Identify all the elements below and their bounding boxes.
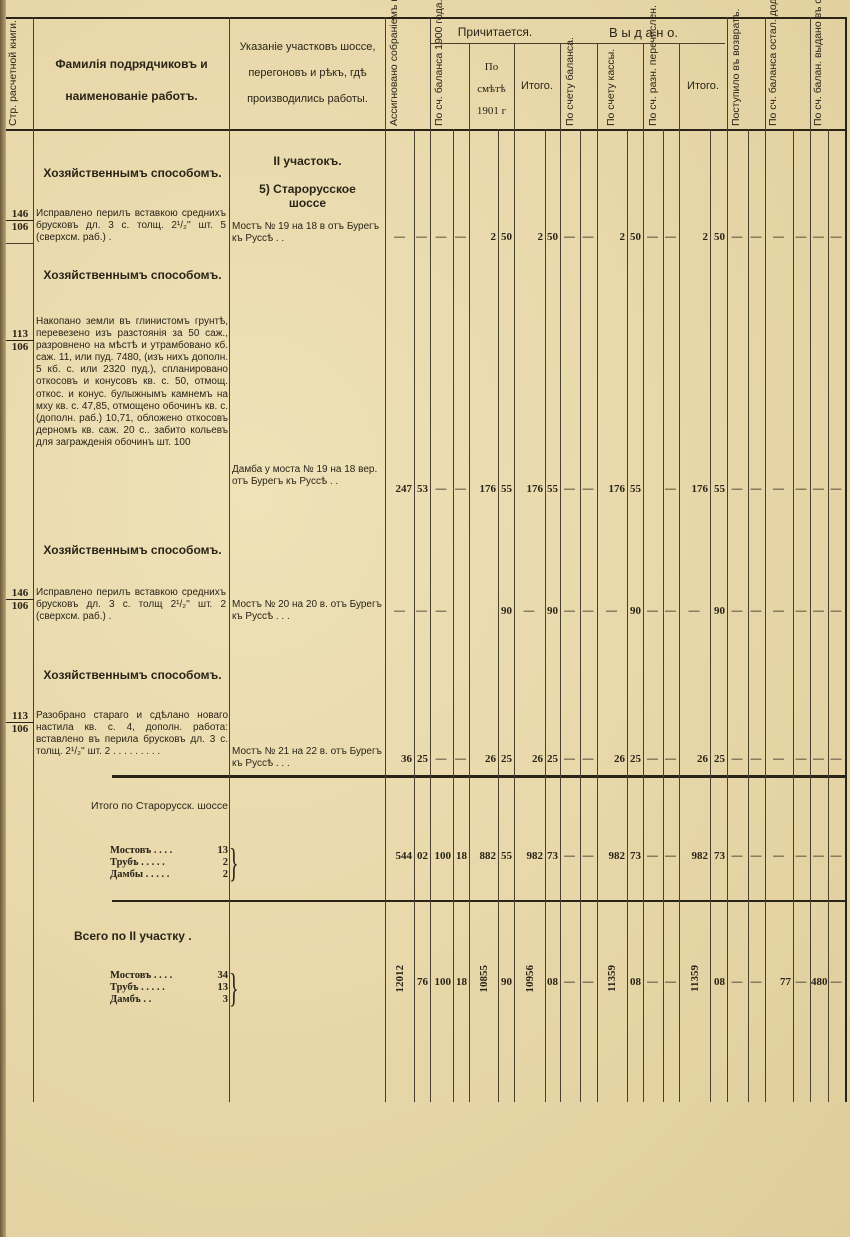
cell-returned: — xyxy=(728,753,746,765)
count-row: Дамбъ . .3 xyxy=(110,994,228,1006)
cell-remaining: — xyxy=(766,753,791,765)
cell-issued-1902-k: — xyxy=(829,850,843,862)
cell-due-balance: — xyxy=(431,753,451,765)
cell-issued-total-k: 55 xyxy=(711,483,725,495)
header-contractors: Фамилія подрядчиковъ и наименованіе рабо… xyxy=(34,48,229,112)
cell-assigned: 36 xyxy=(387,753,412,765)
col-rule xyxy=(469,43,470,1102)
cell-due-total: 10956 xyxy=(524,965,536,993)
cell-issued-1902-k: — xyxy=(829,605,843,617)
cell-issued-cash: — xyxy=(598,605,625,617)
cell-issued-misc: — xyxy=(644,976,661,988)
subtotal-label: Итого по Старорусск. шоссе xyxy=(36,800,228,813)
cell-issued-balance: — xyxy=(561,850,578,862)
header-balance-remaining: По сч. баланса остал. додать въ 1902 год… xyxy=(768,22,808,126)
cell-issued-misc: — xyxy=(644,605,661,617)
cell-due-total: — xyxy=(515,605,543,617)
count-label: Мостовъ . . . . xyxy=(110,970,172,982)
count-label: Трубъ . . . . . xyxy=(110,857,165,869)
total-rule xyxy=(112,900,845,902)
ledger-page: Стр. расчетной книги. Фамилія подрядчико… xyxy=(0,0,850,1237)
header-due-estimate-l3: 1901 г xyxy=(469,100,514,122)
page-ref-den: 106 xyxy=(6,220,34,233)
page-ref-num: 113 xyxy=(12,710,28,722)
cell-assigned: 12012 xyxy=(394,965,406,993)
cell-issued-misc: — xyxy=(644,753,661,765)
header-assigned: Ассигновано собраніемъ по смѣтѣ 1901 г. xyxy=(389,22,429,126)
road-title: 5) Старорусское шоссе xyxy=(240,182,375,210)
cell-issued-misc-k: — xyxy=(664,753,677,765)
pageref-rule xyxy=(6,243,34,244)
cell-assigned-k: 02 xyxy=(415,850,428,862)
cell-issued-cash-k: 25 xyxy=(628,753,641,765)
page-ref-den: 106 xyxy=(6,599,34,612)
cell-issued-cash-k: 50 xyxy=(628,231,641,243)
count-label: Дамбъ . . xyxy=(110,994,151,1006)
cell-issued-balance-k: — xyxy=(581,605,595,617)
cell-issued-balance: — xyxy=(561,483,578,495)
cell-issued-balance: — xyxy=(561,231,578,243)
header-contractors-l2: наименованіе работъ. xyxy=(34,80,229,112)
brace-icon: } xyxy=(229,968,239,1008)
cell-due-balance-k: — xyxy=(454,753,467,765)
cell-returned: — xyxy=(728,231,746,243)
cell-issued-total: 26 xyxy=(680,753,708,765)
entry-location: Мостъ № 19 на 18 в отъ Бурегъ къ Руссѣ .… xyxy=(232,221,382,245)
cell-due-total-k: 55 xyxy=(546,483,558,495)
cell-assigned-k: 25 xyxy=(415,753,428,765)
cell-returned: — xyxy=(728,483,746,495)
cell-issued-total: — xyxy=(680,605,708,617)
cell-due-balance-k: — xyxy=(454,483,467,495)
cell-issued-1902-k: — xyxy=(829,976,843,988)
cell-due-balance: — xyxy=(431,231,451,243)
brace-icon: } xyxy=(229,843,239,883)
subtotal-rule xyxy=(112,775,845,778)
cell-issued-misc: — xyxy=(644,850,661,862)
entry-location: Мостъ № 20 на 20 в. отъ Бурегъ къ Руссѣ … xyxy=(232,599,382,623)
group-header-rule xyxy=(430,43,725,44)
cell-issued-misc: — xyxy=(644,231,661,243)
cell-issued-total: 176 xyxy=(680,483,708,495)
cell-returned-k: — xyxy=(749,850,763,862)
cell-due-estimate: 176 xyxy=(470,483,496,495)
cell-issued-cash-k: 08 xyxy=(628,976,641,988)
district-title: II участокъ. xyxy=(230,155,385,168)
header-due-balance: По сч. баланса 1900 года. xyxy=(434,46,468,126)
cell-due-estimate-k: 55 xyxy=(499,850,512,862)
cell-issued-1902: — xyxy=(811,753,826,765)
cell-due-total-k: 73 xyxy=(546,850,558,862)
header-contractors-l1: Фамилія подрядчиковъ и xyxy=(34,48,229,80)
col-rule xyxy=(643,43,644,1102)
cell-issued-1902-k: — xyxy=(829,753,843,765)
col-rule xyxy=(810,17,811,1102)
cell-remaining: — xyxy=(766,605,791,617)
cell-assigned: — xyxy=(387,605,412,617)
cell-issued-misc-k: — xyxy=(664,976,677,988)
count-value: 34 xyxy=(218,970,229,982)
header-group-issued: В ы д а н о. xyxy=(560,26,727,39)
header-page-ref: Стр. расчетной книги. xyxy=(8,22,32,126)
count-value: 2 xyxy=(223,869,228,881)
page-ref-num: 146 xyxy=(12,208,29,220)
total-label: Всего по II участку . xyxy=(74,930,234,943)
cell-remaining-k: — xyxy=(794,753,808,765)
header-group-due: Причитается. xyxy=(430,26,560,39)
entry-location: Мостъ № 21 на 22 в. отъ Бурегъ къ Руссѣ … xyxy=(232,746,382,770)
table-top-rule xyxy=(6,17,846,19)
cell-issued-total-k: 90 xyxy=(711,605,725,617)
entry-method: Хозяйственнымъ способомъ. xyxy=(40,268,225,282)
cell-issued-cash: 11359 xyxy=(606,965,618,992)
cell-remaining-k: — xyxy=(794,850,808,862)
cell-due-balance: — xyxy=(431,483,451,495)
header-locations: Указаніе участковъ шоссе, перегоновъ и р… xyxy=(230,34,385,112)
cell-issued-balance-k: — xyxy=(581,753,595,765)
count-row: Дамбы . . . . .2 xyxy=(110,869,228,881)
cell-returned-k: — xyxy=(749,605,763,617)
cell-issued-total-k: 08 xyxy=(711,976,725,988)
cell-issued-cash: 982 xyxy=(598,850,625,862)
cell-issued-balance: — xyxy=(561,976,578,988)
col-rule xyxy=(453,129,454,1102)
col-rule xyxy=(33,17,34,1102)
header-issued-cash: По счету кассы. xyxy=(606,50,636,126)
cell-due-estimate-k: 50 xyxy=(499,231,512,243)
cell-due-estimate: 882 xyxy=(470,850,496,862)
cell-remaining: — xyxy=(766,231,791,243)
cell-due-estimate: 2 xyxy=(470,231,496,243)
entry-work: Разобрано стараго и сдѣлано новаго насти… xyxy=(36,710,228,758)
cell-issued-total-k: 73 xyxy=(711,850,725,862)
count-value: 13 xyxy=(218,845,229,857)
cell-issued-1902: — xyxy=(811,850,826,862)
count-label: Дамбы . . . . . xyxy=(110,869,169,881)
entry-method: Хозяйственнымъ способомъ. xyxy=(40,668,225,682)
cell-issued-misc-k: — xyxy=(664,850,677,862)
cell-remaining-k: — xyxy=(794,976,808,988)
cell-remaining-k: — xyxy=(794,605,808,617)
col-rule xyxy=(385,17,386,1102)
cell-remaining-k: — xyxy=(794,231,808,243)
cell-due-estimate-k: 25 xyxy=(499,753,512,765)
cell-due-total: 2 xyxy=(515,231,543,243)
cell-returned-k: — xyxy=(749,231,763,243)
cell-due-estimate-k: 55 xyxy=(499,483,512,495)
cell-issued-balance-k: — xyxy=(581,850,595,862)
cell-due-estimate: 10855 xyxy=(478,965,490,993)
cell-due-balance-k: 18 xyxy=(454,976,467,988)
cell-due-balance: 100 xyxy=(431,850,451,862)
count-row: Трубъ . . . . .13 xyxy=(110,982,228,994)
cell-due-balance: 100 xyxy=(431,976,451,988)
cell-issued-1902-k: — xyxy=(829,483,843,495)
cell-due-total: 982 xyxy=(515,850,543,862)
cell-issued-total: 11359 xyxy=(689,965,701,992)
cell-due-total-k: 90 xyxy=(546,605,558,617)
cell-issued-1902: — xyxy=(811,231,826,243)
subtotal-counts: Мостовъ . . . .13 Трубъ . . . . .2 Дамбы… xyxy=(110,845,228,881)
count-value: 3 xyxy=(223,994,228,1006)
header-balance-issued-1902: По сч. балан. выдано въ сч. 1902 г. xyxy=(813,22,843,126)
header-issued-misc: По сч. разн. перечислен. xyxy=(648,48,676,126)
col-rule xyxy=(679,43,680,1102)
count-row: Мостовъ . . . .13 xyxy=(110,845,228,857)
col-rule xyxy=(765,17,766,1102)
cell-remaining: — xyxy=(766,850,791,862)
cell-issued-1902: — xyxy=(811,605,826,617)
cell-due-estimate: 26 xyxy=(470,753,496,765)
cell-due-balance-k: — xyxy=(454,231,467,243)
cell-issued-misc-k: — xyxy=(664,605,677,617)
cell-due-estimate-k: 90 xyxy=(499,605,512,617)
cell-issued-cash: 26 xyxy=(598,753,625,765)
cell-returned: — xyxy=(728,850,746,862)
cell-returned-k: — xyxy=(749,753,763,765)
page-ref-den: 106 xyxy=(6,722,34,735)
cell-issued-cash-k: 55 xyxy=(628,483,641,495)
page-ref-num: 146 xyxy=(12,587,29,599)
cell-returned-k: — xyxy=(749,976,763,988)
header-locations-l1: Указаніе участковъ шоссе, xyxy=(230,34,385,60)
entry-method: Хозяйственнымъ способомъ. xyxy=(40,166,225,180)
count-label: Трубъ . . . . . xyxy=(110,982,165,994)
cell-issued-1902-k: — xyxy=(829,231,843,243)
cell-due-total-k: 25 xyxy=(546,753,558,765)
cell-issued-misc-k: — xyxy=(664,231,677,243)
entry-work: Накопано земли въ глинистомъ грунтѣ, пер… xyxy=(36,316,228,449)
cell-issued-cash-k: 73 xyxy=(628,850,641,862)
col-rule xyxy=(727,17,728,1102)
entry-method: Хозяйственнымъ способомъ. xyxy=(40,543,225,557)
cell-issued-total-k: 50 xyxy=(711,231,725,243)
entry-location: Дамба у моста № 19 на 18 вер. отъ Бурегъ… xyxy=(232,464,382,488)
page-ref-den: 106 xyxy=(6,340,34,353)
cell-issued-total: 982 xyxy=(680,850,708,862)
header-due-estimate: По смѣтѣ 1901 г xyxy=(469,56,514,122)
cell-due-total: 176 xyxy=(515,483,543,495)
header-bottom-rule xyxy=(6,129,846,131)
cell-returned: — xyxy=(728,605,746,617)
cell-remaining: 77 xyxy=(766,976,791,988)
entry-work: Исправлено перилъ вставкою среднихъ брус… xyxy=(36,208,226,244)
cell-returned: — xyxy=(728,976,746,988)
cell-issued-balance: — xyxy=(561,605,578,617)
cell-due-total-k: 50 xyxy=(546,231,558,243)
cell-issued-cash: 176 xyxy=(598,483,625,495)
col-rule xyxy=(430,17,431,1102)
cell-issued-balance-k: — xyxy=(581,976,595,988)
cell-assigned-k: 53 xyxy=(415,483,428,495)
count-label: Мостовъ . . . . xyxy=(110,845,172,857)
cell-due-total-k: 08 xyxy=(546,976,558,988)
col-rule xyxy=(597,43,598,1102)
count-row: Трубъ . . . . .2 xyxy=(110,857,228,869)
header-locations-l3: производились работы. xyxy=(230,86,385,112)
total-counts: Мостовъ . . . .34 Трубъ . . . . .13 Дамб… xyxy=(110,970,228,1006)
cell-remaining: — xyxy=(766,483,791,495)
header-issued-balance: По счету баланса. xyxy=(565,50,595,126)
cell-issued-balance-k: — xyxy=(581,483,595,495)
count-value: 13 xyxy=(218,982,229,994)
cell-issued-balance: — xyxy=(561,753,578,765)
count-value: 2 xyxy=(223,857,228,869)
cell-assigned-k: — xyxy=(415,231,428,243)
book-spine xyxy=(0,0,6,1237)
header-locations-l2: перегоновъ и рѣкъ, гдѣ xyxy=(230,60,385,86)
page-ref: 113 106 xyxy=(6,710,34,735)
cell-issued-cash-k: 90 xyxy=(628,605,641,617)
header-due-estimate-l2: смѣтѣ xyxy=(469,78,514,100)
cell-returned-k: — xyxy=(749,483,763,495)
cell-remaining-k: — xyxy=(794,483,808,495)
cell-assigned-k: — xyxy=(415,605,428,617)
header-issued-total: Итого. xyxy=(679,80,727,93)
cell-assigned: 247 xyxy=(387,483,412,495)
header-due-total: Итого. xyxy=(514,80,560,93)
cell-issued-balance-k: — xyxy=(581,231,595,243)
cell-assigned: 544 xyxy=(387,850,412,862)
cell-assigned-k: 76 xyxy=(415,976,428,988)
col-rule xyxy=(560,43,561,1102)
cell-issued-cash: 2 xyxy=(598,231,625,243)
count-row: Мостовъ . . . .34 xyxy=(110,970,228,982)
cell-assigned: — xyxy=(387,231,412,243)
entry-work: Исправлено перилъ вставкою среднихъ брус… xyxy=(36,587,226,623)
header-returned: Поступило въ возвратъ. xyxy=(731,22,761,126)
cell-issued-total-k: 25 xyxy=(711,753,725,765)
cell-issued-1902: 480 xyxy=(811,976,826,988)
cell-issued-misc-k: — xyxy=(664,483,677,495)
page-ref: 146 106 xyxy=(6,587,34,612)
page-ref: 146 106 xyxy=(6,208,34,233)
page-ref: 113 106 xyxy=(6,328,34,353)
page-ref-num: 113 xyxy=(12,328,28,340)
cell-due-balance: — xyxy=(431,605,451,617)
cell-due-balance-k: 18 xyxy=(454,850,467,862)
col-rule xyxy=(514,43,515,1102)
cell-due-estimate-k: 90 xyxy=(499,976,512,988)
cell-due-total: 26 xyxy=(515,753,543,765)
cell-issued-1902: — xyxy=(811,483,826,495)
cell-issued-total: 2 xyxy=(680,231,708,243)
header-due-estimate-l1: По xyxy=(469,56,514,78)
table-right-rule xyxy=(845,17,847,1102)
